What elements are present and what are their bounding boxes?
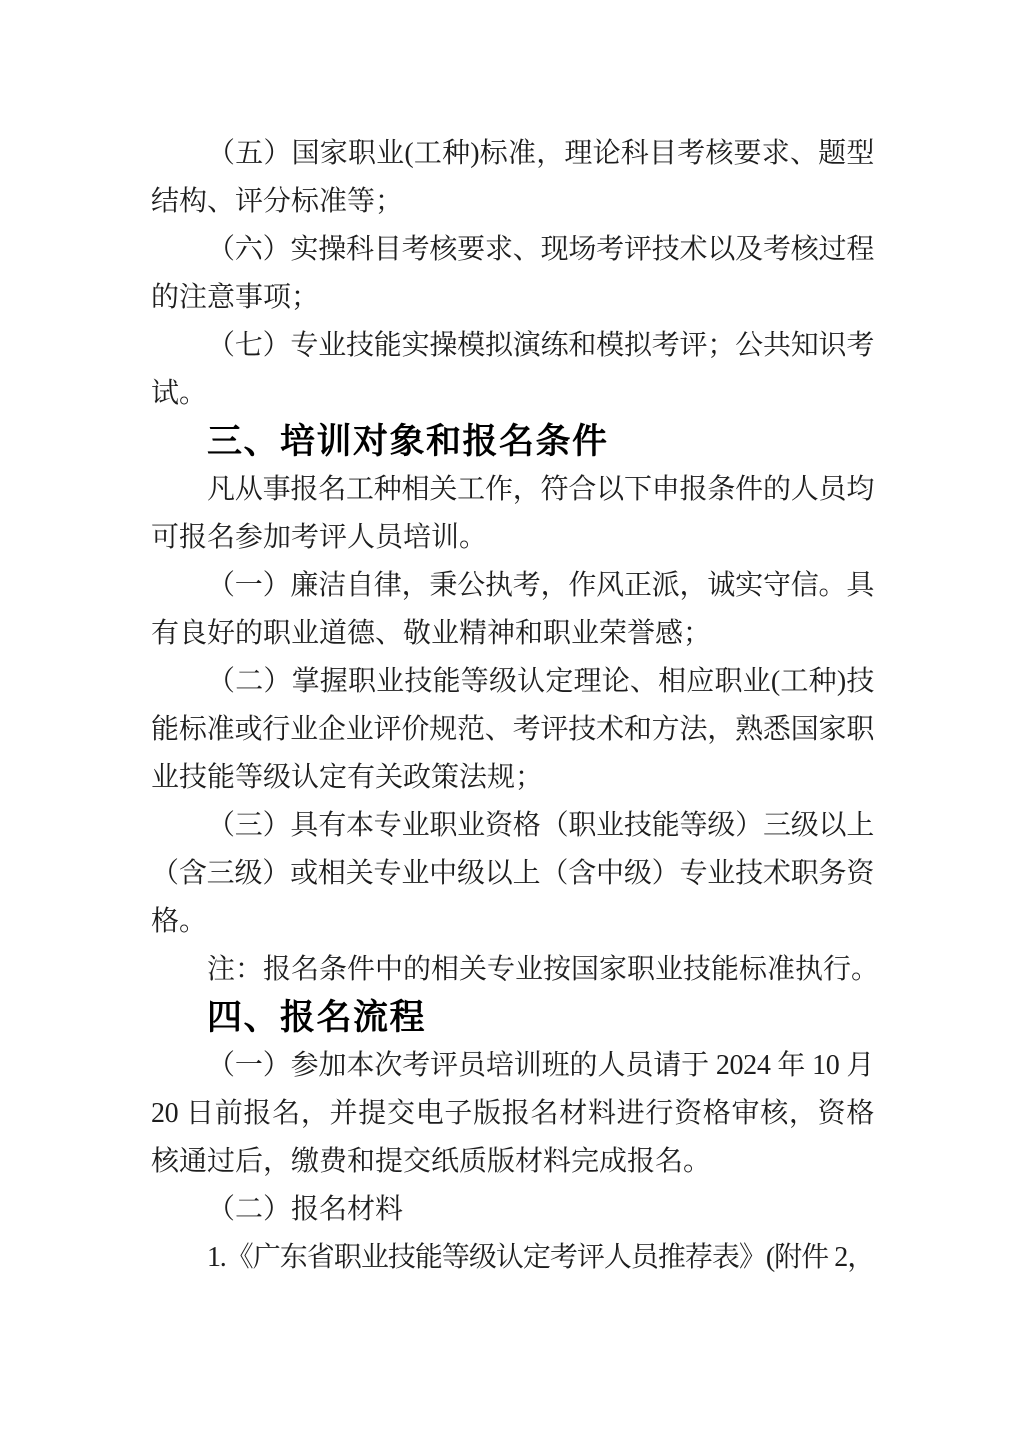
- section-heading: 四、报名流程: [151, 994, 874, 1042]
- text-line: （七）专业技能实操模拟演练和模拟考评；公共知识考: [151, 322, 874, 370]
- text-line: 业技能等级认定有关政策法规；: [151, 754, 874, 802]
- text-line: （五）国家职业(工种)标准，理论科目考核要求、题型: [151, 130, 874, 178]
- text-line: 能标准或行业企业评价规范、考评技术和方法，熟悉国家职: [151, 706, 874, 754]
- text-line: （含三级）或相关专业中级以上（含中级）专业技术职务资: [151, 850, 874, 898]
- text-line: 核通过后，缴费和提交纸质版材料完成报名。: [151, 1138, 874, 1186]
- text-line: 20 日前报名，并提交电子版报名材料进行资格审核，资格审: [151, 1090, 874, 1138]
- text-line: 的注意事项；: [151, 274, 874, 322]
- text-line: 试。: [151, 370, 874, 418]
- text-line: （一）参加本次考评员培训班的人员请于 2024 年 10 月: [151, 1042, 874, 1090]
- text-line: 注：报名条件中的相关专业按国家职业技能标准执行。: [151, 946, 874, 994]
- text-line: 凡从事报名工种相关工作，符合以下申报条件的人员均: [151, 466, 874, 514]
- text-line: （二）掌握职业技能等级认定理论、相应职业(工种)技: [151, 658, 874, 706]
- text-line: 可报名参加考评人员培训。: [151, 514, 874, 562]
- text-line: 格。: [151, 898, 874, 946]
- text-line: （六）实操科目考核要求、现场考评技术以及考核过程: [151, 226, 874, 274]
- text-line: （一）廉洁自律，秉公执考，作风正派，诚实守信。具: [151, 562, 874, 610]
- text-line: 有良好的职业道德、敬业精神和职业荣誉感；: [151, 610, 874, 658]
- text-line: 结构、评分标准等；: [151, 178, 874, 226]
- text-line: （三）具有本专业职业资格（职业技能等级）三级以上: [151, 802, 874, 850]
- section-heading: 三、培训对象和报名条件: [151, 418, 874, 466]
- text-line: 1.《广东省职业技能等级认定考评人员推荐表》(附件 2，: [151, 1234, 874, 1282]
- text-line: （二）报名材料: [151, 1186, 874, 1234]
- document-page: （五）国家职业(工种)标准，理论科目考核要求、题型 结构、评分标准等； （六）实…: [0, 0, 1024, 1448]
